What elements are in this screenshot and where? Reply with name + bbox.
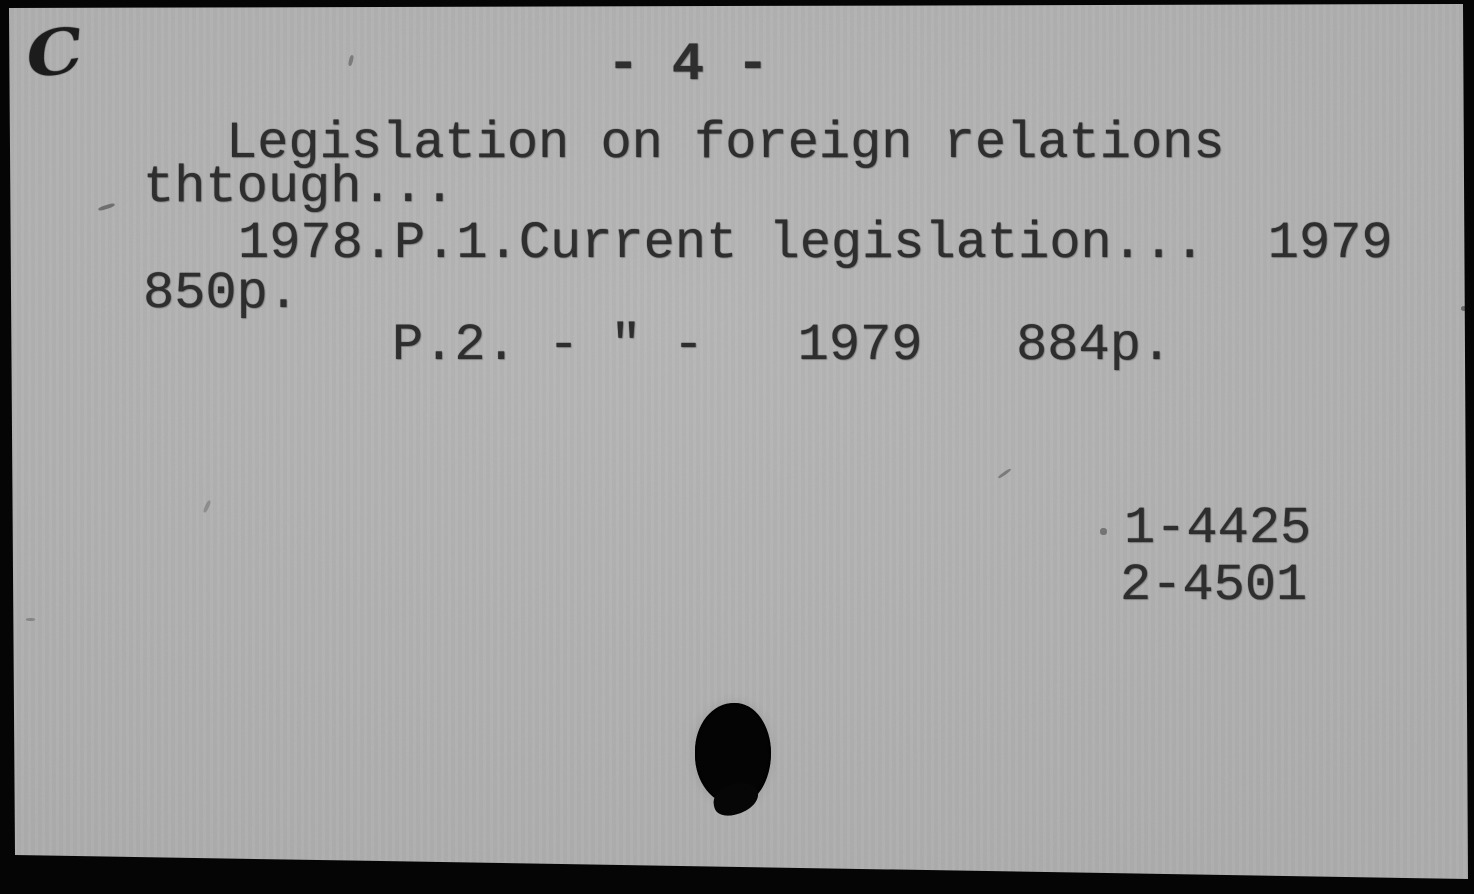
reference-number-1: 1-4425 [1124, 503, 1311, 555]
catalog-entry-part2-line: P.2. - " - 1979 884p. [392, 320, 1172, 372]
dust-speck [98, 202, 115, 211]
page-number: - 4 - [607, 40, 769, 92]
catalog-entry-continuation-line: thtough... [143, 162, 455, 214]
catalog-entry-part1-line: 1978.P.1.Current legislation... 1979 [238, 218, 1393, 270]
dust-speck [202, 500, 211, 513]
dust-speck [348, 55, 355, 67]
catalog-entry-pages-line: 850p. [143, 268, 299, 320]
dust-speck [997, 468, 1011, 479]
dust-speck [26, 618, 35, 621]
dust-speck [1461, 306, 1469, 311]
handwritten-corner-letter: C [22, 18, 87, 87]
catalog-card: C - 4 - Legislation on foreign relations… [0, 0, 1474, 894]
dust-speck [1100, 528, 1107, 535]
reference-number-2: 2-4501 [1120, 560, 1307, 612]
scan-backdrop: C - 4 - Legislation on foreign relations… [0, 0, 1474, 894]
